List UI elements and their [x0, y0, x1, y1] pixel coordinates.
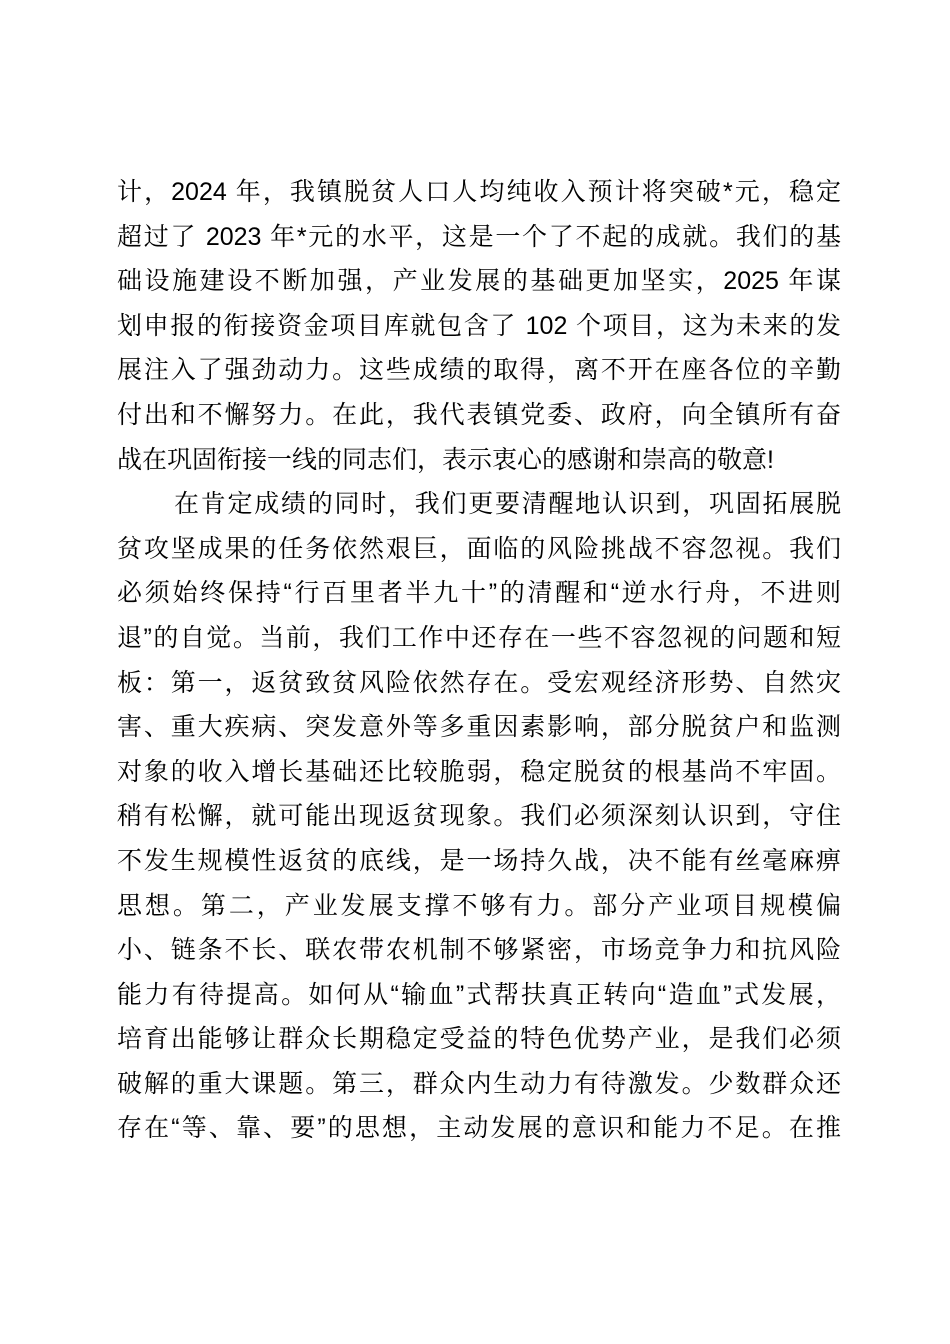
- paragraph: 在肯定成绩的同时，我们更要清醒地认识到，巩固拓展脱贫攻坚成果的任务依然艰巨，面临…: [117, 482, 841, 1151]
- text-line: 划申报的衔接资金项目库就包含了 102 个项目，这为未来的发: [117, 304, 841, 349]
- text-line: 战在巩固衔接一线的同志们，表示衷心的感谢和崇高的敬意!: [117, 438, 841, 483]
- text-line: 贫攻坚成果的任务依然艰巨，面临的风险挑战不容忽视。我们: [117, 527, 841, 572]
- text-line: 能力有待提高。如何从“输血”式帮扶真正转向“造血”式发展，: [117, 973, 841, 1018]
- text-line: 超过了 2023 年*元的水平，这是一个了不起的成就。我们的基: [117, 215, 841, 260]
- text-line: 不发生规模性返贫的底线，是一场持久战，决不能有丝毫麻痹: [117, 839, 841, 884]
- text-line: 板：第一，返贫致贫风险依然存在。受宏观经济形势、自然灾: [117, 661, 841, 706]
- text-line: 展注入了强劲动力。这些成绩的取得，离不开在座各位的辛勤: [117, 348, 841, 393]
- text-line: 思想。第二，产业发展支撑不够有力。部分产业项目规模偏: [117, 884, 841, 929]
- text-line: 培育出能够让群众长期稳定受益的特色优势产业，是我们必须: [117, 1017, 841, 1062]
- text-line: 存在“等、靠、要”的思想，主动发展的意识和能力不足。在推: [117, 1106, 841, 1151]
- text-line: 在肯定成绩的同时，我们更要清醒地认识到，巩固拓展脱: [117, 482, 841, 527]
- page-text: 计，2024 年，我镇脱贫人口人均纯收入预计将突破*元，稳定超过了 2023 年…: [117, 170, 841, 1151]
- text-line: 害、重大疾病、突发意外等多重因素影响，部分脱贫户和监测: [117, 705, 841, 750]
- text-line: 小、链条不长、联农带农机制不够紧密，市场竞争力和抗风险: [117, 928, 841, 973]
- document-page: 计，2024 年，我镇脱贫人口人均纯收入预计将突破*元，稳定超过了 2023 年…: [0, 0, 950, 1344]
- text-line: 计，2024 年，我镇脱贫人口人均纯收入预计将突破*元，稳定: [117, 170, 841, 215]
- text-line: 对象的收入增长基础还比较脆弱，稳定脱贫的根基尚不牢固。: [117, 750, 841, 795]
- text-line: 稍有松懈，就可能出现返贫现象。我们必须深刻认识到，守住: [117, 794, 841, 839]
- paragraph: 计，2024 年，我镇脱贫人口人均纯收入预计将突破*元，稳定超过了 2023 年…: [117, 170, 841, 482]
- text-line: 付出和不懈努力。在此，我代表镇党委、政府，向全镇所有奋: [117, 393, 841, 438]
- text-line: 础设施建设不断加强，产业发展的基础更加坚实，2025 年谋: [117, 259, 841, 304]
- text-line: 必须始终保持“行百里者半九十”的清醒和“逆水行舟，不进则: [117, 571, 841, 616]
- text-line: 破解的重大课题。第三，群众内生动力有待激发。少数群众还: [117, 1062, 841, 1107]
- text-line: 退”的自觉。当前，我们工作中还存在一些不容忽视的问题和短: [117, 616, 841, 661]
